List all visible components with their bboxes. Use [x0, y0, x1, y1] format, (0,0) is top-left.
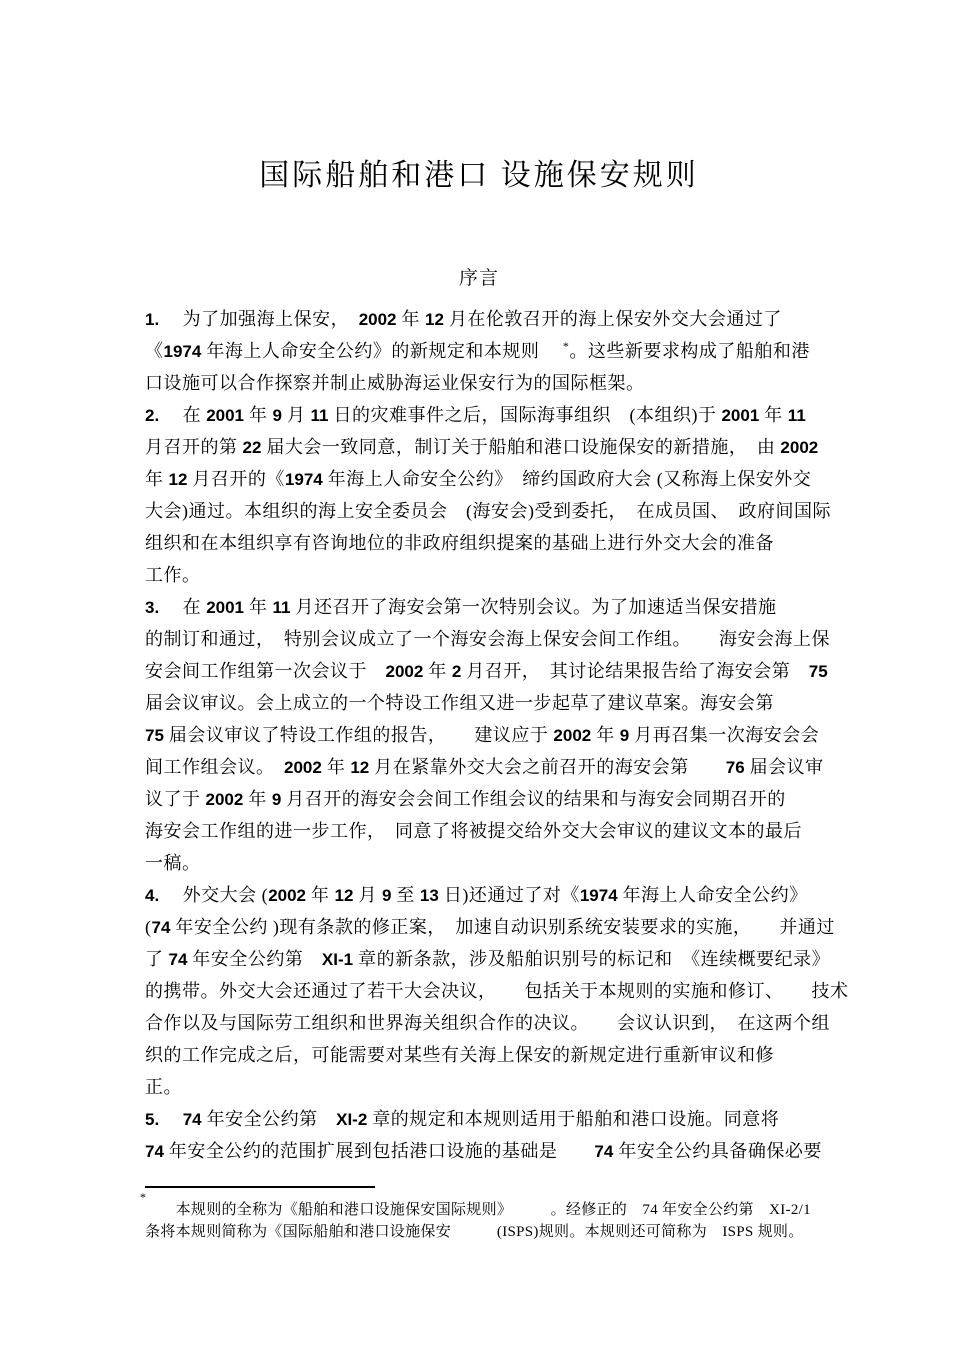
text-line: 大会)通过。本组织的海上安全委员会 (海安会)受到委托， 在成员国、 政府间国际 — [145, 495, 845, 527]
text-line: 组织和在本组织享有咨询地位的非政府组织提案的基础上进行外交大会的准备 — [145, 527, 845, 559]
text-line: 3. 在 2001 年 11 月还召开了海安会第一次特别会议。为了加速适当保安措… — [145, 591, 845, 623]
text-line: 议了于 2002 年 9 月召开的海安会会间工作组会议的结果和与海安会同期召开的 — [145, 783, 845, 815]
text-line: 本规则的全称为《船舶和港口设施保安国际规则》 。经修正的 74 年安全公约第 X… — [145, 1199, 845, 1221]
text-line: 了 74 年安全公约第 XI-1 章的新条款，涉及船舶识别号的标记和 《连续概要… — [145, 943, 845, 975]
text-line: 海安会工作组的进一步工作， 同意了将被提交给外交大会审议的建议文本的最后 — [145, 815, 845, 847]
document-title: 国际船舶和港口 设施保安规则 — [0, 150, 958, 194]
text-line: 口设施可以合作探察并制止威胁海运业保安行为的国际框架。 — [145, 367, 845, 399]
text-line: 正。 — [145, 1071, 845, 1103]
text-line: 安会间工作组第一次会议于 2002 年 2 月召开， 其讨论结果报告给了海安会第… — [145, 655, 845, 687]
text-line: (74 年安全公约 )现有条款的修正案， 加速自动识别系统安装要求的实施， 并通… — [145, 911, 845, 943]
text-line: 织的工作完成之后，可能需要对某些有关海上保安的新规定进行重新审议和修 — [145, 1039, 845, 1071]
text-line: 一稿。 — [145, 847, 845, 879]
text-line: 5. 74 年安全公约第 XI-2 章的规定和本规则适用于船舶和港口设施。同意将 — [145, 1103, 845, 1135]
footnote-separator — [145, 1186, 375, 1188]
text-line: 月召开的第 22 届大会一致同意，制订关于船舶和港口设施保安的新措施， 由 20… — [145, 431, 845, 463]
text-line: 74 年安全公约的范围扩展到包括港口设施的基础是 74 年安全公约具备确保必要 — [145, 1135, 845, 1167]
text-line: 合作以及与国际劳工组织和世界海关组织合作的决议。 会议认识到， 在这两个组 — [145, 1007, 845, 1039]
text-line: 2. 在 2001 年 9 月 11 日的灾难事件之后，国际海事组织 (本组织)… — [145, 399, 845, 431]
text-line: 间工作组会议。 2002 年 12 月在紧靠外交大会之前召开的海安会第 76 届… — [145, 751, 845, 783]
document-page: 国际船舶和港口 设施保安规则 序言 1. 为了加强海上保安， 2002 年 12… — [0, 0, 958, 1354]
text-line: 年 12 月召开的《1974 年海上人命安全公约》 缔约国政府大会 (又称海上保… — [145, 463, 845, 495]
text-line: 的制订和通过， 特别会议成立了一个海安会海上保安会间工作组。 海安会海上保 — [145, 623, 845, 655]
text-line: 4. 外交大会 (2002 年 12 月 9 至 13 日)还通过了对《1974… — [145, 879, 845, 911]
document-body: 1. 为了加强海上保安， 2002 年 12 月在伦敦召开的海上保安外交大会通过… — [145, 303, 845, 1167]
text-line: 1. 为了加强海上保安， 2002 年 12 月在伦敦召开的海上保安外交大会通过… — [145, 303, 845, 335]
preamble-heading: 序言 — [0, 263, 958, 290]
text-line: 条将本规则简称为《国际船舶和港口设施保安 (ISPS)规则。本规则还可简称为 I… — [145, 1221, 845, 1243]
footnote-text: 本规则的全称为《船舶和港口设施保安国际规则》 。经修正的 74 年安全公约第 X… — [145, 1199, 845, 1243]
text-line: 《1974 年海上人命安全公约》的新规定和本规则 *。这些新要求构成了船舶和港 — [145, 335, 845, 367]
text-line: 届会议审议。会上成立的一个特设工作组又进一步起草了建议草案。海安会第 — [145, 687, 845, 719]
text-line: 工作。 — [145, 559, 845, 591]
text-line: 的携带。外交大会还通过了若干大会决议， 包括关于本规则的实施和修订、 技术 — [145, 975, 845, 1007]
text-line: 75 届会议审议了特设工作组的报告， 建议应于 2002 年 9 月再召集一次海… — [145, 719, 845, 751]
